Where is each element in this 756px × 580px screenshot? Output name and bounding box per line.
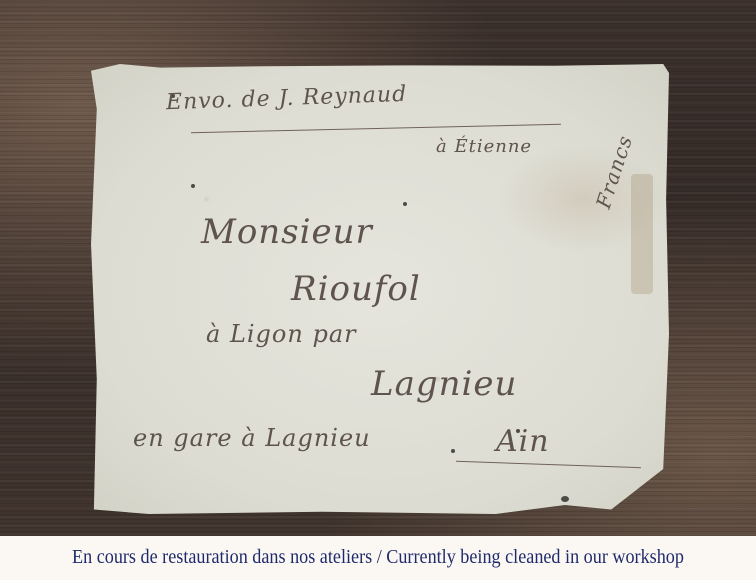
sender-place: à Étienne — [436, 136, 532, 157]
address-line: à Ligon par — [206, 320, 357, 348]
recipient-name: Rioufol — [291, 269, 421, 309]
caption-bar: En cours de restauration dans nos atelie… — [0, 536, 756, 580]
town: Lagnieu — [371, 364, 517, 404]
handwritten-envelope: Envo. de J. Reynaud à Étienne Monsieur R… — [91, 64, 669, 514]
paper-stain — [631, 174, 653, 294]
ink-speck — [561, 496, 569, 502]
sender-line: Envo. de J. Reynaud — [166, 82, 408, 115]
ink-speck — [403, 202, 407, 206]
salutation: Monsieur — [201, 212, 373, 252]
ink-speck — [191, 184, 195, 188]
caption-text: En cours de restauration dans nos atelie… — [72, 547, 684, 569]
ink-speck — [451, 449, 455, 453]
underline — [456, 461, 641, 468]
department: Ain — [496, 424, 550, 459]
underline — [191, 124, 561, 133]
station-line: en gare à Lagnieu — [133, 424, 371, 452]
photograph: Envo. de J. Reynaud à Étienne Monsieur R… — [0, 0, 756, 536]
